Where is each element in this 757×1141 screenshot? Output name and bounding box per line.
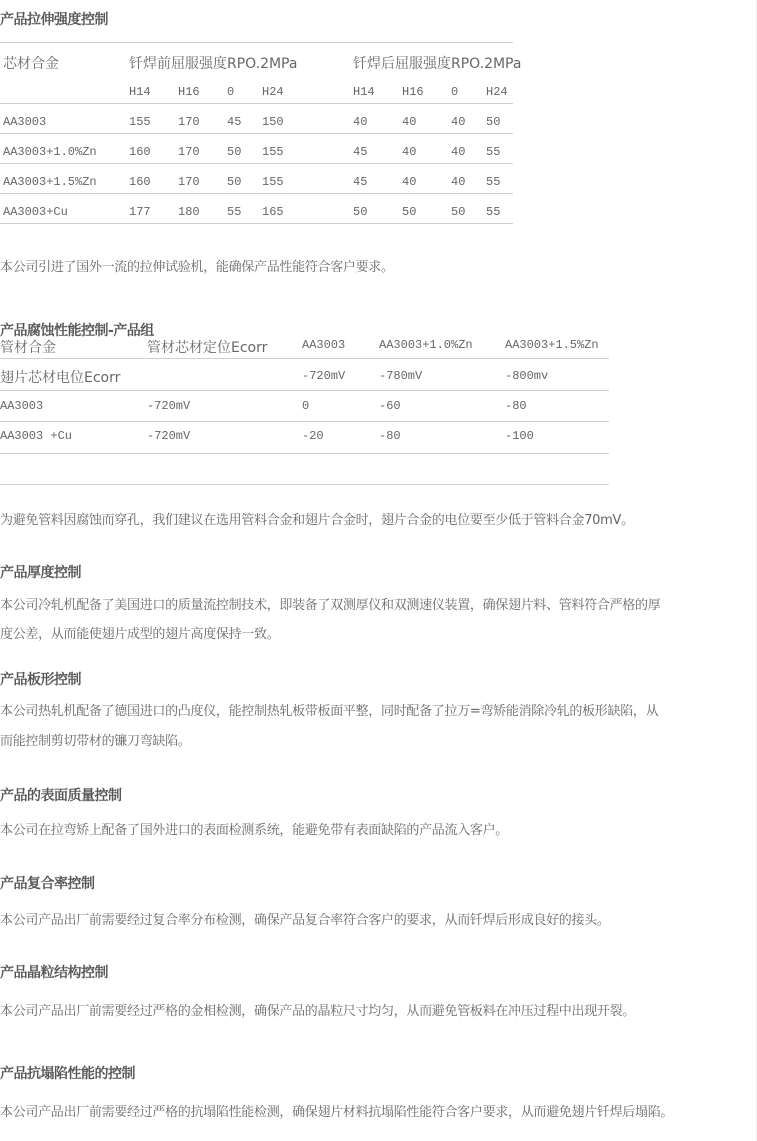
table-rule (0, 163, 513, 164)
section-title-flatness: 产品板形控制 (0, 669, 81, 689)
value-cell: -60 (379, 399, 401, 413)
subheader-temper: H24 (486, 85, 508, 99)
value-cell: 155 (129, 115, 151, 129)
value-cell: -80 (379, 429, 401, 443)
alloy-name: AA3003 (3, 115, 46, 129)
thickness-body-line2: 度公差，从而能使翅片成型的翅片高度保持一致。 (0, 623, 279, 642)
header-fin-alloy: AA3003 (302, 338, 345, 352)
value-cell: 160 (129, 175, 151, 189)
header-tube-core-ecorr: 管材芯材定位Ecorr (147, 337, 267, 357)
table-rule (0, 193, 513, 194)
table-rule (0, 453, 609, 454)
value-cell: 40 (451, 115, 465, 129)
value-cell: -720mV (147, 399, 190, 413)
value-cell: 40 (402, 115, 416, 129)
subheader-temper: H16 (178, 85, 200, 99)
value-cell: 50 (227, 175, 241, 189)
row-label: AA3003 +Cu (0, 429, 72, 443)
value-cell: 40 (451, 175, 465, 189)
value-cell: -720mV (147, 429, 190, 443)
value-cell: 165 (262, 205, 284, 219)
flatness-body-line2: 而能控制剪切带材的镰刀弯缺陷。 (0, 730, 191, 749)
table-rule (0, 42, 513, 43)
surface-body: 本公司在拉弯矫上配备了国外进口的表面检测系统，能避免带有表面缺陷的产品流入客户。 (0, 819, 508, 838)
alloy-name: AA3003+1.5%Zn (3, 175, 97, 189)
value-cell: 45 (353, 145, 367, 159)
subheader-temper: 0 (227, 85, 234, 99)
thickness-body-line1: 本公司冷轧机配备了美国进口的质量流控制技术，即装备了双测厚仪和双测速仪装置，确保… (0, 594, 660, 613)
value-cell: -80 (505, 399, 527, 413)
value-cell: 50 (353, 205, 367, 219)
grain-body: 本公司产品出厂前需要经过严格的金相检测，确保产品的晶粒尺寸均匀，从而避免管板料在… (0, 1000, 635, 1019)
table-rule (0, 421, 609, 422)
value-cell: -20 (302, 429, 324, 443)
header-fin-alloy: AA3003+1.0%Zn (379, 338, 473, 352)
section-title-sag: 产品抗塌陷性能的控制 (0, 1063, 135, 1083)
value-cell: 170 (178, 175, 200, 189)
subheader-temper: H14 (129, 85, 151, 99)
header-fin-alloy: AA3003+1.5%Zn (505, 338, 599, 352)
value-cell: 50 (402, 205, 416, 219)
table-rule (0, 390, 609, 391)
header-core-alloy: 芯材合金 (3, 53, 59, 73)
header-before-brazing: 钎焊前屈服强度RPO.2MPa (129, 53, 297, 73)
flatness-body-line1: 本公司热轧机配备了德国进口的凸度仪，能控制热轧板带板面平整，同时配备了拉万=弯矫… (0, 700, 658, 719)
row-label: AA3003 (0, 399, 43, 413)
value-cell: 55 (227, 205, 241, 219)
value-cell: 50 (227, 145, 241, 159)
value-cell: 170 (178, 145, 200, 159)
table-rule (0, 484, 609, 485)
value-cell: 40 (402, 175, 416, 189)
section-title-thickness: 产品厚度控制 (0, 562, 81, 582)
cladding-body: 本公司产品出厂前需要经过复合率分布检测，确保产品复合率符合客户的要求，从而钎焊后… (0, 909, 610, 928)
table-rule (0, 103, 513, 104)
value-cell: -100 (505, 429, 534, 443)
value-cell: 50 (451, 205, 465, 219)
value-cell: 150 (262, 115, 284, 129)
value-cell: 155 (262, 145, 284, 159)
tensile-note: 本公司引进了国外一流的拉伸试验机，能确保产品性能符合客户要求。 (0, 256, 394, 275)
header-after-brazing: 钎焊后屈服强度RPO.2MPa (353, 53, 521, 73)
table-rule (0, 133, 513, 134)
section-title-surface: 产品的表面质量控制 (0, 785, 122, 805)
subheader-temper: H14 (353, 85, 375, 99)
value-cell: -720mV (302, 369, 345, 383)
value-cell: 45 (227, 115, 241, 129)
value-cell: 0 (302, 399, 309, 413)
subheader-temper: 0 (451, 85, 458, 99)
sag-body: 本公司产品出厂前需要经过严格的抗塌陷性能检测，确保翅片材料抗塌陷性能符合客户要求… (0, 1101, 673, 1120)
row-label: 翅片芯材电位Ecorr (0, 367, 120, 387)
value-cell: 55 (486, 175, 500, 189)
value-cell: 55 (486, 205, 500, 219)
header-tube-alloy: 管材合金 (0, 337, 56, 357)
value-cell: 40 (353, 115, 367, 129)
section-title-grain: 产品晶粒结构控制 (0, 962, 108, 982)
value-cell: 40 (451, 145, 465, 159)
value-cell: 180 (178, 205, 200, 219)
alloy-name: AA3003+Cu (3, 205, 68, 219)
value-cell: -800mv (505, 369, 548, 383)
value-cell: 155 (262, 175, 284, 189)
subheader-temper: H16 (402, 85, 424, 99)
value-cell: 40 (402, 145, 416, 159)
subheader-temper: H24 (262, 85, 284, 99)
alloy-name: AA3003+1.0%Zn (3, 145, 97, 159)
table-rule (0, 358, 609, 359)
corrosion-note: 为避免管料因腐蚀而穿孔，我们建议在选用管料合金和翅片合金时，翅片合金的电位要至少… (0, 509, 634, 528)
table-rule (0, 223, 513, 224)
value-cell: 55 (486, 145, 500, 159)
value-cell: 45 (353, 175, 367, 189)
value-cell: 50 (486, 115, 500, 129)
value-cell: 170 (178, 115, 200, 129)
value-cell: 160 (129, 145, 151, 159)
section-title-tensile: 产品拉伸强度控制 (0, 9, 108, 29)
section-title-cladding: 产品复合率控制 (0, 873, 95, 893)
value-cell: -780mV (379, 369, 422, 383)
value-cell: 177 (129, 205, 151, 219)
